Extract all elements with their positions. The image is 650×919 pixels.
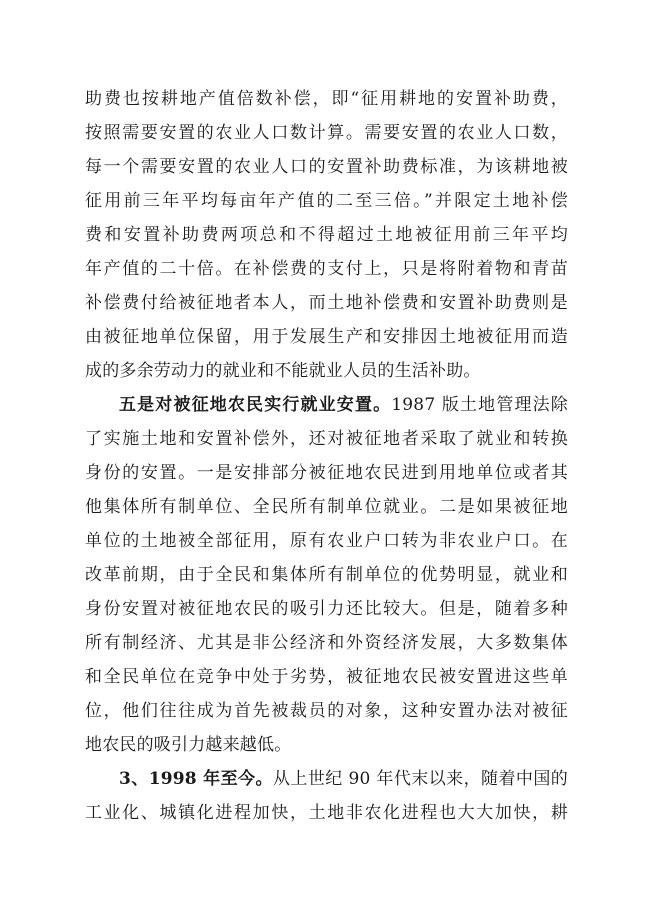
- text-line: 助费也按耕地产值倍数补偿，即“征用耕地的安置补助费，: [85, 82, 568, 116]
- text-line: 地农民的吸引力越来越低。: [85, 728, 568, 762]
- text-line: 由被征地单位保留，用于发展生产和安排因土地被征用而造: [85, 320, 568, 354]
- text-segment: 助费也按耕地产值倍数补偿，即“征用耕地的安置补助费，: [85, 89, 568, 109]
- paragraph-employment-resettlement: 五是对被征地农民实行就业安置。1987 版土地管理法除了实施土地和安置补偿外，还…: [85, 388, 568, 762]
- text-segment: 身份的安置。一是安排部分被征地农民进到用地单位或者其: [85, 463, 568, 483]
- text-segment: 按照需要安置的农业人口数计算。需要安置的农业人口数，: [85, 123, 568, 143]
- bold-text-segment: 3、1998 年至今。: [119, 769, 273, 789]
- text-line: 了实施土地和安置补偿外，还对被征地者采取了就业和转换: [85, 422, 568, 456]
- document-page: 助费也按耕地产值倍数补偿，即“征用耕地的安置补助费，按照需要安置的农业人口数计算…: [0, 0, 650, 919]
- text-line: 按照需要安置的农业人口数计算。需要安置的农业人口数，: [85, 116, 568, 150]
- text-segment: 工业化、城镇化进程加快，土地非农化进程也大大加快，耕: [85, 803, 568, 823]
- text-segment: 身份安置对被征地农民的吸引力还比较大。但是，随着多种: [85, 599, 568, 619]
- text-segment: 从上世纪 90 年代末以来，随着中国的: [273, 769, 568, 789]
- text-segment: 每一个需要安置的农业人口的安置补助费标准，为该耕地被: [85, 157, 568, 177]
- text-segment: 征用前三年平均每亩年产值的二至三倍。”并限定土地补偿: [85, 191, 568, 211]
- text-segment: 改革前期，由于全民和集体所有制单位的优势明显，就业和: [85, 565, 568, 585]
- text-line: 身份的安置。一是安排部分被征地农民进到用地单位或者其: [85, 456, 568, 490]
- text-line: 所有制经济、尤其是非公经济和外资经济发展，大多数集体: [85, 626, 568, 660]
- text-line: 和全民单位在竞争中处于劣势，被征地农民被安置进这些单: [85, 660, 568, 694]
- text-line: 成的多余劳动力的就业和不能就业人员的生活补助。: [85, 354, 568, 388]
- text-segment: 由被征地单位保留，用于发展生产和安排因土地被征用而造: [85, 327, 568, 347]
- paragraph-1998-to-present: 3、1998 年至今。从上世纪 90 年代末以来，随着中国的工业化、城镇化进程加…: [85, 762, 568, 830]
- text-segment: 位，他们往往成为首先被裁员的对象，这种安置办法对被征: [85, 701, 568, 721]
- paragraph-compensation-rules-continued: 助费也按耕地产值倍数补偿，即“征用耕地的安置补助费，按照需要安置的农业人口数计算…: [85, 82, 568, 388]
- text-line: 费和安置补助费两项总和不得超过土地被征用前三年平均: [85, 218, 568, 252]
- text-segment: 成的多余劳动力的就业和不能就业人员的生活补助。: [85, 361, 481, 381]
- text-line: 年产值的二十倍。在补偿费的支付上，只是将附着物和青苗: [85, 252, 568, 286]
- text-segment: 地农民的吸引力越来越低。: [85, 735, 291, 755]
- text-segment: 单位的土地被全部征用，原有农业户口转为非农业户口。在: [85, 531, 568, 551]
- text-segment: 补偿费付给被征地者本人，而土地补偿费和安置补助费则是: [85, 293, 568, 313]
- text-line: 征用前三年平均每亩年产值的二至三倍。”并限定土地补偿: [85, 184, 568, 218]
- text-segment: 了实施土地和安置补偿外，还对被征地者采取了就业和转换: [85, 429, 568, 449]
- text-segment: 和全民单位在竞争中处于劣势，被征地农民被安置进这些单: [85, 667, 568, 687]
- text-line: 五是对被征地农民实行就业安置。1987 版土地管理法除: [85, 388, 568, 422]
- text-line: 每一个需要安置的农业人口的安置补助费标准，为该耕地被: [85, 150, 568, 184]
- text-segment: 年产值的二十倍。在补偿费的支付上，只是将附着物和青苗: [85, 259, 568, 279]
- text-line: 工业化、城镇化进程加快，土地非农化进程也大大加快，耕: [85, 796, 568, 830]
- bold-text-segment: 五是对被征地农民实行就业安置。: [119, 395, 391, 415]
- text-block: 助费也按耕地产值倍数补偿，即“征用耕地的安置补助费，按照需要安置的农业人口数计算…: [85, 82, 568, 830]
- text-segment: 他集体所有制单位、全民所有制单位就业。二是如果被征地: [85, 497, 568, 517]
- text-line: 位，他们往往成为首先被裁员的对象，这种安置办法对被征: [85, 694, 568, 728]
- text-line: 单位的土地被全部征用，原有农业户口转为非农业户口。在: [85, 524, 568, 558]
- text-line: 他集体所有制单位、全民所有制单位就业。二是如果被征地: [85, 490, 568, 524]
- text-line: 3、1998 年至今。从上世纪 90 年代末以来，随着中国的: [85, 762, 568, 796]
- text-segment: 1987 版土地管理法除: [391, 395, 568, 415]
- text-segment: 所有制经济、尤其是非公经济和外资经济发展，大多数集体: [85, 633, 568, 653]
- text-line: 补偿费付给被征地者本人，而土地补偿费和安置补助费则是: [85, 286, 568, 320]
- text-segment: 费和安置补助费两项总和不得超过土地被征用前三年平均: [85, 225, 568, 245]
- text-line: 身份安置对被征地农民的吸引力还比较大。但是，随着多种: [85, 592, 568, 626]
- text-line: 改革前期，由于全民和集体所有制单位的优势明显，就业和: [85, 558, 568, 592]
